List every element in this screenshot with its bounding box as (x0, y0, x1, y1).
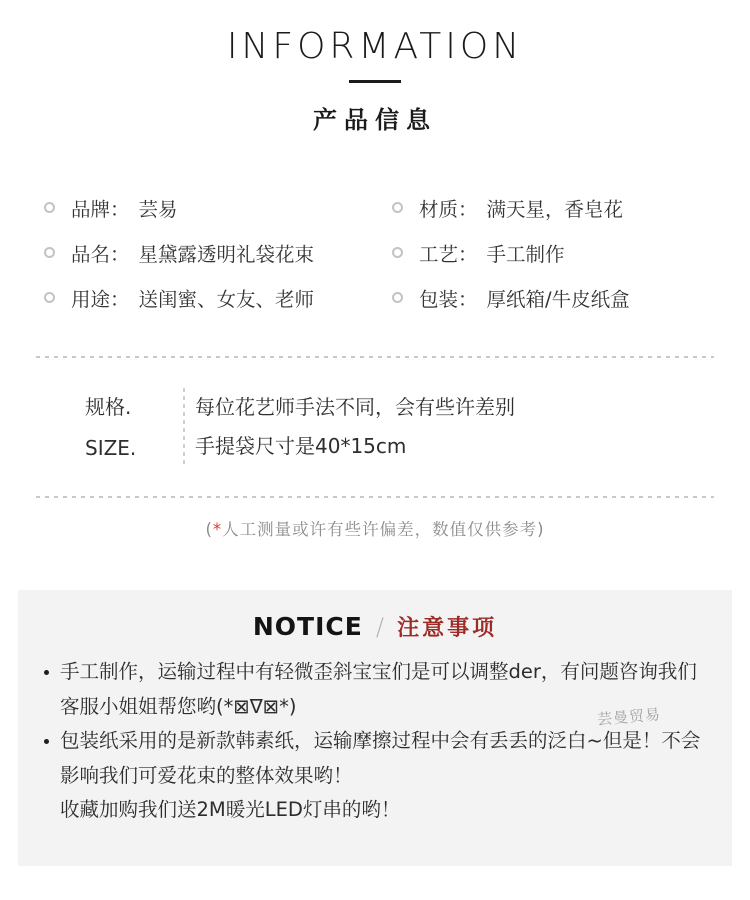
notice-item-line: 影响我们可爱花束的整体效果哟！ (60, 759, 704, 794)
packaging-label: 包装： (419, 284, 478, 312)
measurement-footnote: (*人工测量或许有些许偏差，数值仅供参考) (0, 516, 750, 540)
page-title-zh: 产品信息 (0, 100, 750, 135)
product-information-page: INFORMATION 产品信息 品牌： 芸易 品名： 星黛露透明礼袋花束 用途… (0, 0, 750, 900)
list-item: 工艺： 手工制作 (392, 230, 710, 275)
vertical-dashed-divider (183, 388, 185, 466)
circle-bullet-icon (392, 202, 403, 213)
size-labels: 规格. SIZE. (85, 388, 183, 466)
brand-value: 芸易 (139, 194, 178, 222)
craft-label: 工艺： (419, 239, 478, 267)
size-section: 规格. SIZE. 每位花艺师手法不同，会有些许差别 手提袋尺寸是40*15cm (85, 388, 515, 466)
list-item: 品名： 星黛露透明礼袋花束 (44, 230, 392, 275)
circle-bullet-icon (392, 247, 403, 258)
notice-title-en: NOTICE (253, 612, 363, 641)
product-name-label: 品名： (71, 239, 130, 267)
notice-box: NOTICE / 注意事项 手工制作，运输过程中有轻微歪斜宝宝们是可以调整der… (18, 590, 732, 866)
dashed-divider (36, 496, 714, 498)
bullet-dot-icon (44, 670, 49, 675)
circle-bullet-icon (44, 202, 55, 213)
page-title-en: INFORMATION (0, 26, 750, 67)
dashed-divider (36, 356, 714, 358)
notice-list: 手工制作，运输过程中有轻微歪斜宝宝们是可以调整der，有问题咨询我们 客服小姐姐… (42, 655, 704, 828)
list-item: 用途： 送闺蜜、女友、老师 (44, 275, 392, 320)
brand-label: 品牌： (71, 194, 130, 222)
notice-item-line: 手工制作，运输过程中有轻微歪斜宝宝们是可以调整der，有问题咨询我们 (60, 655, 704, 690)
notice-separator: / (376, 613, 384, 641)
product-info-grid: 品牌： 芸易 品名： 星黛露透明礼袋花束 用途： 送闺蜜、女友、老师 材质： 满… (44, 185, 710, 320)
packaging-value: 厚纸箱/牛皮纸盒 (487, 284, 630, 312)
notice-header: NOTICE / 注意事项 (18, 590, 732, 642)
product-info-right-column: 材质： 满天星，香皂花 工艺： 手工制作 包装： 厚纸箱/牛皮纸盒 (392, 185, 710, 320)
material-label: 材质： (419, 194, 478, 222)
circle-bullet-icon (44, 292, 55, 303)
size-line: 手提袋尺寸是40*15cm (195, 427, 515, 466)
spec-label-en: SIZE. (85, 436, 183, 460)
usage-value: 送闺蜜、女友、老师 (139, 284, 315, 312)
title-divider (349, 80, 401, 83)
footnote-text: 人工测量或许有些许偏差，数值仅供参考) (222, 520, 544, 539)
list-item: 品牌： 芸易 (44, 185, 392, 230)
product-name-value: 星黛露透明礼袋花束 (139, 239, 315, 267)
bullet-dot-icon (44, 739, 49, 744)
list-item: 包装： 厚纸箱/牛皮纸盒 (392, 275, 710, 320)
notice-item-line: 包装纸采用的是新款韩素纸，运输摩擦过程中会有丢丢的泛白~但是！不会 (60, 724, 704, 759)
craft-value: 手工制作 (487, 239, 565, 267)
footnote-open-paren: ( (205, 520, 212, 539)
notice-item: 包装纸采用的是新款韩素纸，运输摩擦过程中会有丢丢的泛白~但是！不会 影响我们可爱… (42, 724, 704, 793)
product-info-left-column: 品牌： 芸易 品名： 星黛露透明礼袋花束 用途： 送闺蜜、女友、老师 (44, 185, 392, 320)
usage-label: 用途： (71, 284, 130, 312)
circle-bullet-icon (392, 292, 403, 303)
footnote-asterisk: * (213, 520, 222, 539)
size-description: 每位花艺师手法不同，会有些许差别 手提袋尺寸是40*15cm (195, 388, 515, 466)
size-line: 每位花艺师手法不同，会有些许差别 (195, 388, 515, 427)
notice-title-zh: 注意事项 (397, 616, 497, 641)
spec-label-zh: 规格. (85, 391, 183, 420)
circle-bullet-icon (44, 247, 55, 258)
notice-item: 收藏加购我们送2M暖光LED灯串的哟！ (42, 793, 704, 828)
notice-item-line: 收藏加购我们送2M暖光LED灯串的哟！ (60, 793, 704, 828)
list-item: 材质： 满天星，香皂花 (392, 185, 710, 230)
material-value: 满天星，香皂花 (487, 194, 624, 222)
